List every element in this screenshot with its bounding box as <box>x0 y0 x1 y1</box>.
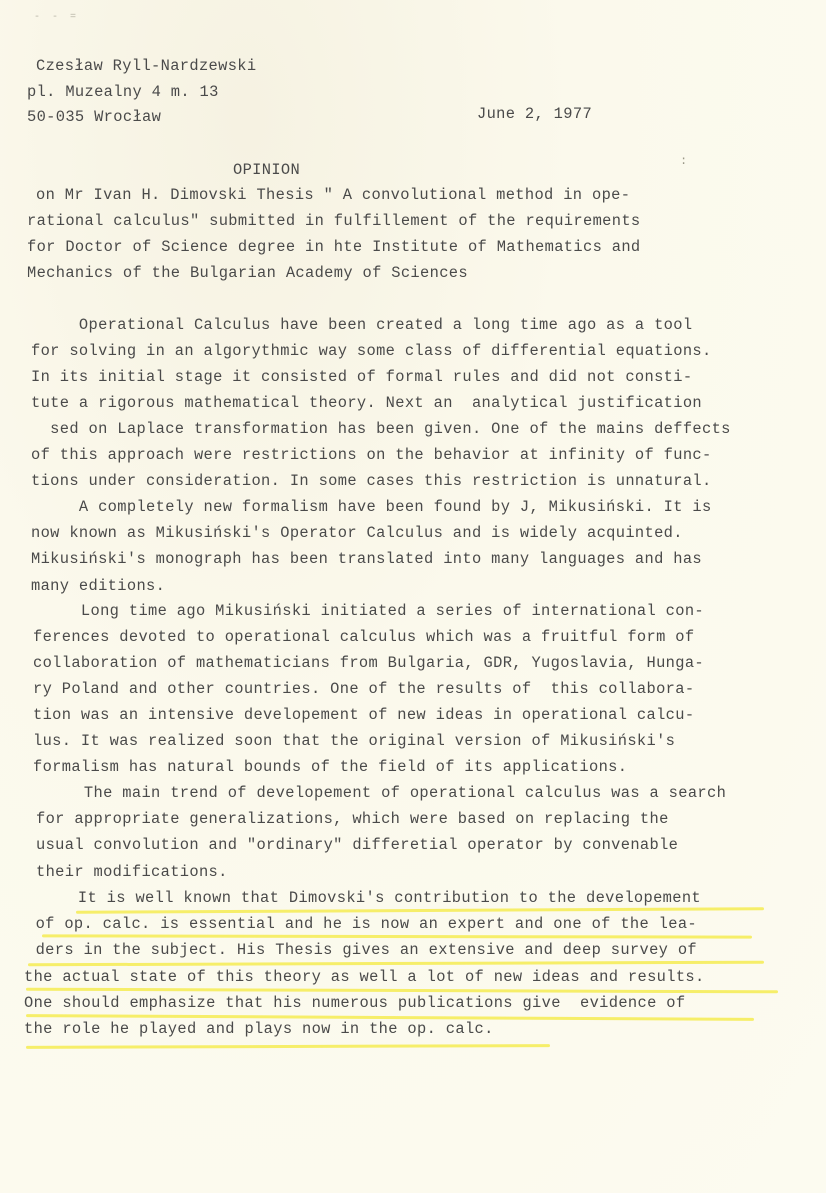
body-line-highlighted: the actual state of this theory as well … <box>24 967 705 987</box>
body-line: In its initial stage it consisted of for… <box>31 367 692 387</box>
body-line: The main trend of developement of operat… <box>36 783 726 803</box>
subject-line: Mechanics of the Bulgarian Academy of Sc… <box>27 263 468 283</box>
corner-mark: - - = <box>34 12 79 23</box>
letter-page: - - = Czesław Ryll-Nardzewski pl. Muzeal… <box>0 0 826 1193</box>
body-line: collaboration of mathematicians from Bul… <box>33 653 704 673</box>
highlight-stroke <box>42 934 752 938</box>
body-line-highlighted: ders in the subject. His Thesis gives an… <box>26 940 697 960</box>
letter-date: June 2, 1977 <box>477 104 592 124</box>
body-line-highlighted: the role he played and plays now in the … <box>24 1019 494 1039</box>
sender-name: Czesław Ryll-Nardzewski <box>36 56 256 76</box>
body-line: tute a rigorous mathematical theory. Nex… <box>31 393 702 413</box>
subject-line: for Doctor of Science degree in hte Inst… <box>27 237 641 257</box>
body-line: their modifications. <box>36 862 228 882</box>
colon-mark: : <box>680 154 687 168</box>
body-line: for solving in an algorythmic way some c… <box>31 341 712 361</box>
body-line: tions under consideration. In some cases… <box>31 471 712 491</box>
body-line: Long time ago Mikusiński initiated a ser… <box>33 601 704 621</box>
document-title: OPINION <box>233 160 300 180</box>
body-line: sed on Laplace transformation has been g… <box>31 419 731 439</box>
body-line: formalism has natural bounds of the fiel… <box>33 757 627 777</box>
highlight-stroke <box>28 961 764 967</box>
body-line: for appropriate generalizations, which w… <box>36 809 669 829</box>
body-line: lus. It was realized soon that the origi… <box>33 731 675 751</box>
body-line: many editions. <box>31 576 165 596</box>
highlight-stroke <box>76 907 764 914</box>
body-line: A completely new formalism have been fou… <box>31 497 712 517</box>
highlight-stroke <box>26 1044 550 1049</box>
subject-line: rational calculus" submitted in fulfille… <box>27 211 641 231</box>
sender-city: 50-035 Wrocław <box>27 107 161 127</box>
body-line: usual convolution and "ordinary" differe… <box>36 835 678 855</box>
body-line: ferences devoted to operational calculus… <box>33 627 694 647</box>
body-line: tion was an intensive developement of ne… <box>33 705 694 725</box>
body-line: of this approach were restrictions on th… <box>31 445 712 465</box>
body-line: Mikusiński's monograph has been translat… <box>31 549 702 569</box>
body-line: Operational Calculus have been created a… <box>31 315 692 335</box>
sender-street: pl. Muzealny 4 m. 13 <box>27 82 219 102</box>
body-line: now known as Mikusiński's Operator Calcu… <box>31 523 683 543</box>
body-line-highlighted: of op. calc. is essential and he is now … <box>26 914 697 934</box>
body-line: ry Poland and other countries. One of th… <box>33 679 694 699</box>
body-line-highlighted: It is well known that Dimovski's contrib… <box>30 888 701 908</box>
subject-line: on Mr Ivan H. Dimovski Thesis " A convol… <box>36 185 630 205</box>
body-line-highlighted: One should emphasize that his numerous p… <box>24 993 685 1013</box>
